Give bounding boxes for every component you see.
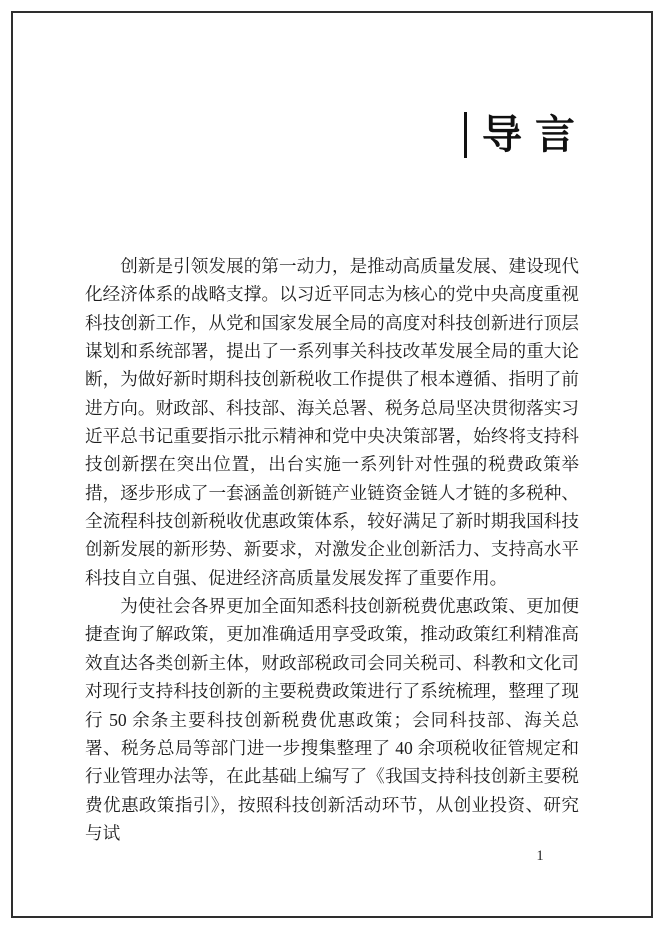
paragraph-1: 创新是引领发展的第一动力，是推动高质量发展、建设现代化经济体系的战略支撑。以习近… xyxy=(85,252,579,592)
chapter-header: 导言 xyxy=(464,112,588,158)
title-vertical-bar xyxy=(464,112,467,158)
paragraph-2: 为使社会各界更加全面知悉科技创新税费优惠政策、更加便捷查询了解政策，更加准确适用… xyxy=(85,592,579,847)
chapter-title: 导言 xyxy=(482,113,588,157)
page-number: 1 xyxy=(528,848,552,865)
body-text: 创新是引领发展的第一动力，是推动高质量发展、建设现代化经济体系的战略支撑。以习近… xyxy=(85,252,579,847)
